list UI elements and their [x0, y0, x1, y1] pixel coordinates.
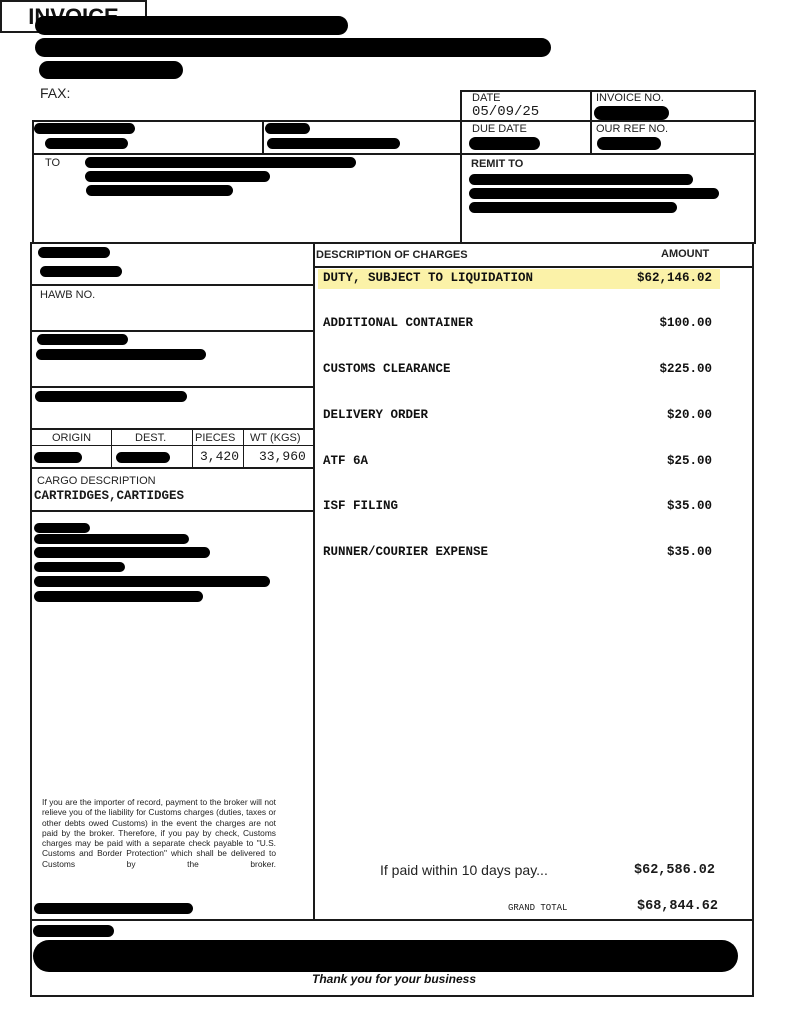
- charge-description: DUTY, SUBJECT TO LIQUIDATION: [323, 271, 533, 285]
- invoice-no-label: INVOICE NO.: [596, 92, 664, 104]
- charge-description: ISF FILING: [323, 499, 398, 513]
- divider: [460, 90, 462, 242]
- thank-you-message: Thank you for your business: [0, 972, 788, 986]
- redacted-shipper-detail: [45, 138, 128, 149]
- divider: [32, 445, 313, 446]
- charge-description: RUNNER/COURIER EXPENSE: [323, 545, 488, 559]
- divider: [315, 266, 754, 268]
- charge-amount: $25.00: [667, 454, 712, 468]
- charge-description: ADDITIONAL CONTAINER: [323, 316, 473, 330]
- divider: [752, 242, 754, 997]
- redacted-remit-line3: [469, 202, 677, 213]
- divider: [313, 242, 315, 919]
- charge-amount: $100.00: [659, 316, 712, 330]
- redacted-ref-a: [38, 247, 110, 258]
- charge-row: ADDITIONAL CONTAINER$100.00: [318, 314, 720, 334]
- redacted-company-address: [35, 38, 551, 57]
- early-pay-label: If paid within 10 days pay...: [380, 862, 548, 878]
- redacted-shipper: [34, 123, 135, 134]
- charge-row: DELIVERY ORDER$20.00: [318, 406, 720, 426]
- redacted-company-phone: [39, 61, 183, 79]
- divider: [32, 153, 756, 155]
- redacted-notes-line2: [34, 534, 189, 544]
- divider: [243, 429, 244, 467]
- redacted-company-name: [35, 16, 348, 35]
- redacted-notes-line1: [34, 523, 90, 533]
- amount-header: AMOUNT: [661, 248, 709, 260]
- divider: [32, 428, 313, 430]
- remit-to-label: REMIT TO: [471, 158, 523, 170]
- column-pieces: PIECES: [195, 432, 235, 444]
- divider: [30, 242, 756, 244]
- redacted-footer-label: [33, 925, 114, 937]
- redacted-bl: [35, 391, 187, 402]
- customs-disclaimer: If you are the importer of record, payme…: [42, 797, 276, 869]
- divider: [111, 429, 112, 467]
- cargo-description-value: CARTRIDGES,CARTIDGES: [34, 489, 184, 503]
- date-label: DATE: [472, 92, 501, 104]
- pieces-value: 3,420: [200, 449, 239, 464]
- fax-label: FAX:: [40, 85, 70, 101]
- divider: [32, 120, 756, 122]
- redacted-notes-line6: [34, 591, 203, 602]
- redacted-remit-line2: [469, 188, 719, 199]
- charge-amount: $20.00: [667, 408, 712, 422]
- redacted-origin: [34, 452, 82, 463]
- divider: [32, 467, 313, 469]
- hawb-label: HAWB NO.: [40, 289, 95, 301]
- redacted-signature: [34, 903, 193, 914]
- column-weight: WT (KGS): [250, 432, 301, 444]
- column-origin: ORIGIN: [52, 432, 91, 444]
- charge-description: DELIVERY ORDER: [323, 408, 428, 422]
- column-dest: DEST.: [135, 432, 166, 444]
- charge-amount: $62,146.02: [637, 271, 712, 285]
- weight-value: 33,960: [259, 449, 306, 464]
- charge-description: CUSTOMS CLEARANCE: [323, 362, 451, 376]
- divider: [32, 330, 313, 332]
- description-of-charges-header: DESCRIPTION OF CHARGES: [316, 249, 468, 261]
- our-ref-no-label: OUR REF NO.: [596, 123, 668, 135]
- redacted-bill-to-line1: [85, 157, 356, 168]
- redacted-bill-to-line3: [86, 185, 233, 196]
- redacted-notes-line3: [34, 547, 210, 558]
- grand-total-amount: $68,844.62: [637, 899, 718, 914]
- divider: [30, 242, 32, 997]
- divider: [262, 120, 264, 154]
- redacted-notes-line4: [34, 562, 125, 572]
- redacted-dest: [116, 452, 170, 463]
- charge-amount: $35.00: [667, 499, 712, 513]
- charge-row: ISF FILING$35.00: [318, 497, 720, 517]
- divider: [32, 386, 313, 388]
- redacted-consignee-detail: [267, 138, 400, 149]
- early-pay-amount: $62,586.02: [634, 863, 715, 878]
- divider: [30, 995, 754, 997]
- redacted-vessel-detail: [36, 349, 206, 360]
- date-value: 05/09/25: [472, 104, 539, 120]
- divider: [590, 90, 592, 154]
- charge-description: ATF 6A: [323, 454, 368, 468]
- divider: [32, 284, 313, 286]
- redacted-notes-line5: [34, 576, 270, 587]
- charge-row: ATF 6A$25.00: [318, 452, 720, 472]
- divider: [192, 429, 193, 467]
- to-label: TO: [45, 157, 60, 169]
- due-date-label: DUE DATE: [472, 123, 527, 135]
- charge-amount: $225.00: [659, 362, 712, 376]
- redacted-ref-no: [597, 137, 661, 150]
- redacted-invoice-no: [594, 106, 669, 120]
- charge-amount: $35.00: [667, 545, 712, 559]
- redacted-bill-to-line2: [85, 171, 270, 182]
- divider: [30, 919, 754, 921]
- charge-row: CUSTOMS CLEARANCE$225.00: [318, 360, 720, 380]
- divider: [754, 90, 756, 242]
- redacted-ref-b: [40, 266, 122, 277]
- cargo-description-label: CARGO DESCRIPTION: [37, 475, 156, 487]
- charge-row: DUTY, SUBJECT TO LIQUIDATION$62,146.02: [318, 269, 720, 289]
- divider: [32, 510, 313, 512]
- redacted-remit-line1: [469, 174, 693, 185]
- redacted-due-date: [469, 137, 540, 150]
- redacted-consignee: [265, 123, 310, 134]
- charge-row: RUNNER/COURIER EXPENSE$35.00: [318, 543, 720, 563]
- grand-total-label: GRAND TOTAL: [508, 903, 567, 913]
- redacted-vessel: [37, 334, 128, 345]
- divider: [32, 120, 34, 242]
- redacted-footer-banner: [33, 940, 738, 972]
